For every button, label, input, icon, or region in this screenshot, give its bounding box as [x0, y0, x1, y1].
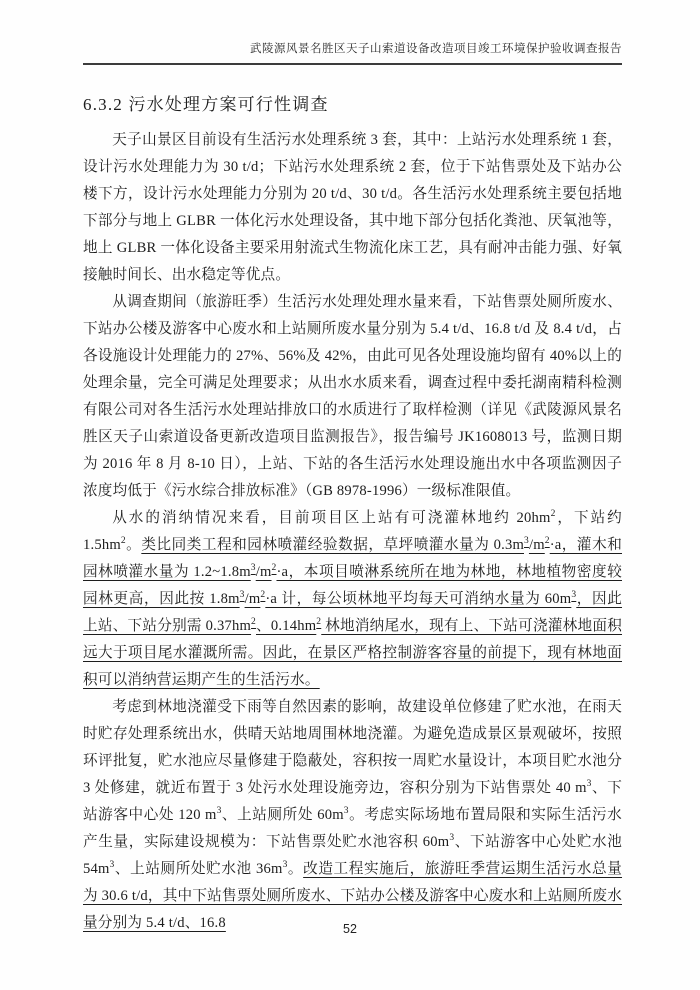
body-text: 从调查期间（旅游旺季）生活污水处理处理水量来看，下站售票处厕所废水、下站办公楼及…	[83, 294, 622, 499]
body-text: 从水的消纳情况来看，目前项目区上站有可浇灌林地约 20hm	[112, 510, 550, 526]
paragraph: 天子山景区目前设有生活污水处理系统 3 套，其中：上站污水处理系统 1 套，设计…	[83, 127, 622, 289]
page-number: 52	[0, 922, 700, 936]
body-text: 考虑到林地浇灌受下雨等自然因素的影响，故建设单位修建了贮水池，在雨天时贮存处理系…	[83, 699, 622, 796]
body-text: 。	[126, 537, 141, 553]
body-text: 、上站厕所处贮水池 36m	[115, 861, 283, 877]
document-page: 武陵源风景名胜区天子山索道设备改造项目竣工环境保护验收调查报告 6.3.2 污水…	[0, 0, 700, 990]
body-text: 、上站厕所处 60m	[222, 807, 344, 823]
paragraph: 从水的消纳情况来看，目前项目区上站有可浇灌林地约 20hm2，下站约 1.5hm…	[83, 505, 622, 694]
paragraphs: 天子山景区目前设有生活污水处理系统 3 套，其中：上站污水处理系统 1 套，设计…	[83, 127, 622, 937]
page-content: 武陵源风景名胜区天子山索道设备改造项目竣工环境保护验收调查报告 6.3.2 污水…	[83, 40, 622, 937]
body-text: 天子山景区目前设有生活污水处理系统 3 套，其中：上站污水处理系统 1 套，设计…	[83, 132, 622, 283]
underlined-text: /m	[256, 564, 272, 580]
underlined-text: /m	[245, 591, 261, 607]
underlined-text: /m	[529, 537, 545, 553]
underlined-text: ·a 计，每公顷林地平均每天可消纳水量为 60m	[265, 591, 571, 607]
underlined-text: 类比同类工程和园林喷灌经验数据，草坪喷灌水量为 0.3m	[141, 537, 524, 553]
underlined-text: 、0.14hm	[256, 618, 316, 634]
body-text: 。	[288, 861, 304, 877]
paragraph: 从调查期间（旅游旺季）生活污水处理处理水量来看，下站售票处厕所废水、下站办公楼及…	[83, 289, 622, 505]
running-header: 武陵源风景名胜区天子山索道设备改造项目竣工环境保护验收调查报告	[83, 40, 622, 65]
paragraph: 考虑到林地浇灌受下雨等自然因素的影响，故建设单位修建了贮水池，在雨天时贮存处理系…	[83, 694, 622, 937]
section-heading: 6.3.2 污水处理方案可行性调查	[83, 90, 622, 115]
